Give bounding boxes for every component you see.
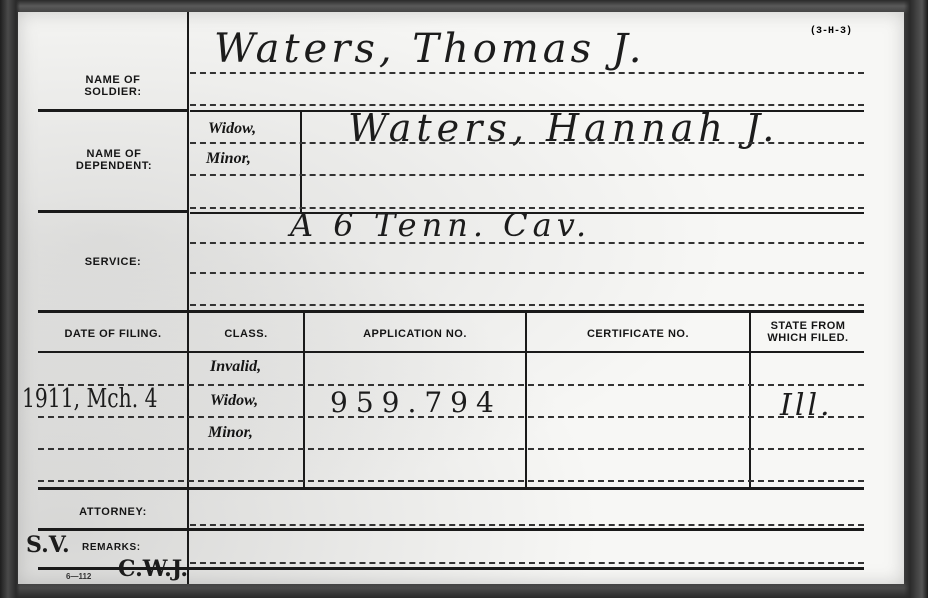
dependent-label-line2: DEPENDENT: (54, 160, 174, 172)
form-number: 6—112 (66, 572, 91, 581)
application-col-divider (525, 312, 527, 488)
soldier-name-value: Waters, Thomas J. (214, 26, 646, 72)
service-label: SERVICE: (58, 256, 168, 268)
class-col-divider (303, 312, 305, 488)
service-line-1 (190, 242, 864, 244)
table-bottom-rule (38, 487, 864, 490)
class-header: CLASS. (190, 328, 302, 340)
dependent-label-line1: NAME OF (54, 148, 174, 160)
attorney-line (190, 524, 864, 526)
application-no-value: 959.794 (330, 386, 502, 419)
soldier-label-line2: SOLDIER: (58, 86, 168, 98)
form-code: (3-H-3) (810, 26, 852, 37)
service-line-2 (190, 272, 864, 274)
class-widow-label: Widow, (210, 392, 258, 410)
dependent-minor-label: Minor, (206, 150, 251, 168)
service-line-3 (190, 304, 864, 306)
state-header-line1: STATE FROM (752, 320, 864, 332)
attorney-divider (38, 528, 864, 531)
dependent-divider (38, 210, 188, 213)
dependent-type-divider (300, 112, 302, 212)
dependent-label: NAME OF DEPENDENT: (54, 148, 174, 172)
pension-index-card: (3-H-3) NAME OF SOLDIER: Waters, Thomas … (18, 12, 904, 584)
remarks-divider (38, 567, 864, 570)
class-invalid-label: Invalid, (210, 358, 261, 376)
table-header-rule (38, 351, 864, 353)
soldier-label: NAME OF SOLDIER: (58, 74, 168, 98)
service-value: A 6 Tenn. Cav. (290, 206, 591, 244)
date-of-filing-value: 1911, Mch. 4 (22, 384, 157, 414)
state-header-line2: WHICH FILED. (752, 332, 864, 344)
class-minor-label: Minor, (208, 424, 253, 442)
state-header: STATE FROM WHICH FILED. (752, 320, 864, 344)
dependent-line-1 (190, 142, 864, 144)
dependent-line-2 (190, 174, 864, 176)
certificate-no-header: CERTIFICATE NO. (528, 328, 748, 340)
table-line-3 (38, 448, 864, 450)
remarks-initials: S.V. (26, 532, 70, 558)
attorney-label: ATTORNEY: (58, 506, 168, 518)
certificate-col-divider (749, 312, 751, 488)
remarks-line (190, 562, 864, 564)
service-divider (38, 310, 864, 313)
date-of-filing-header: DATE OF FILING. (40, 328, 186, 340)
table-line-4 (38, 480, 864, 482)
remarks-label: REMARKS: (82, 542, 172, 554)
application-no-header: APPLICATION NO. (306, 328, 524, 340)
state-value: Ill. (780, 388, 833, 423)
soldier-label-line1: NAME OF (58, 74, 168, 86)
dependent-widow-label: Widow, (208, 120, 256, 138)
soldier-divider (38, 109, 188, 112)
soldier-line-1 (190, 72, 864, 74)
left-column-divider (187, 12, 189, 584)
